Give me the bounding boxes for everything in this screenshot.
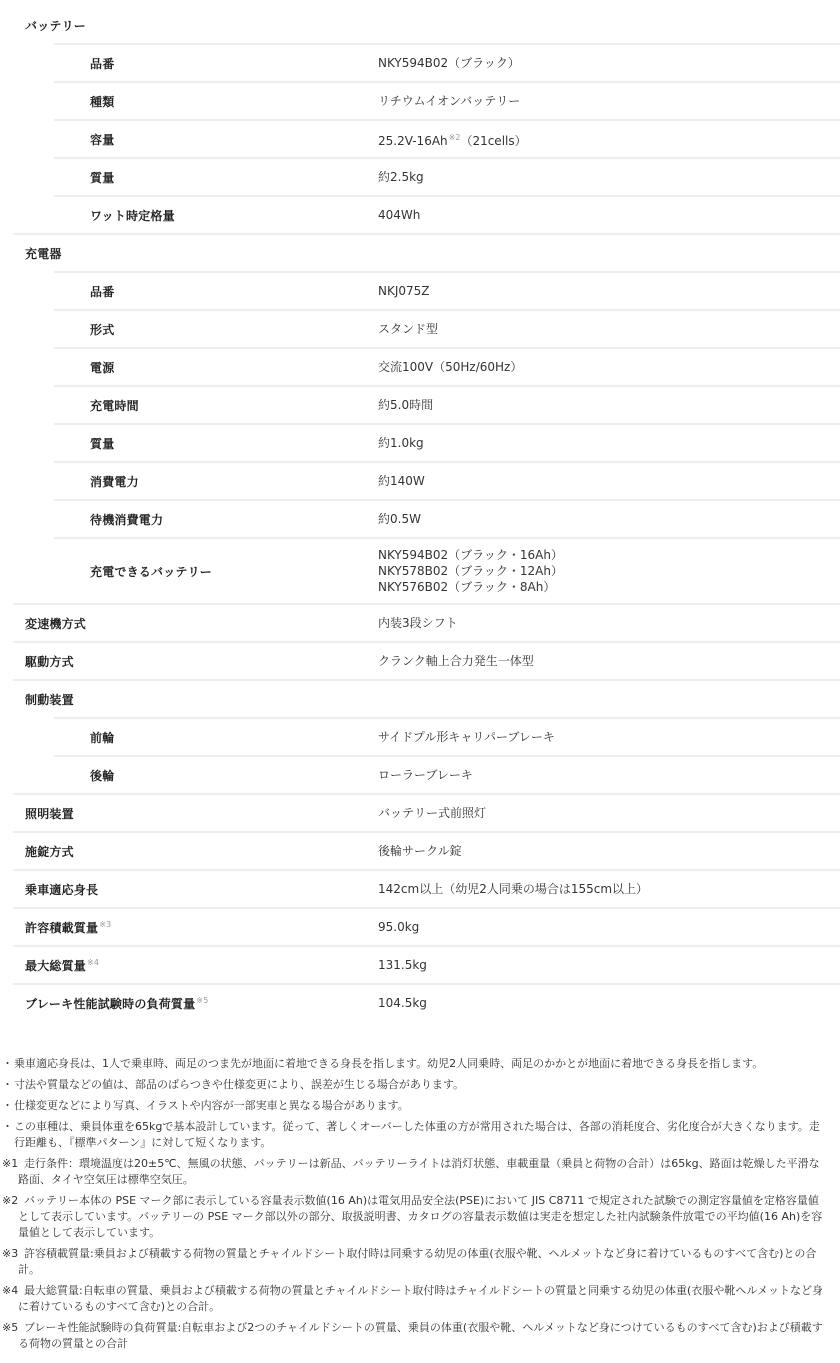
spec-row-charger-part-number: 品番 NKJ075Z [54,271,840,309]
spec-label: 電源 [54,359,378,376]
spec-label: 前輪 [54,729,378,746]
spec-label: 充電時間 [54,397,378,414]
note-bullet: ・ この車種は、乗員体重を65kgで基本設計しています。従って、著しくオーバーし… [0,1119,840,1151]
spec-label: 品番 [54,55,378,72]
spec-row-power-consumption: 消費電力 約140W [54,461,840,499]
bullet-mark: ・ [2,1119,13,1135]
bullet-mark: ・ [2,1098,13,1114]
spec-value: NKJ075Z [378,283,430,299]
footnote-mark: ※3 [2,1246,18,1262]
spec-label: バッテリー [13,17,378,34]
spec-row-transmission: 変速機方式 内装3段シフト [13,603,840,641]
spec-label: 容量 [54,131,378,148]
spec-label: 充電できるバッテリー [54,563,378,580]
spec-label: 許容積載質量※3 [13,919,378,936]
footnote-2: ※2 バッテリー本体の PSE マーク部に表示している容量表示数値(16 Ah)… [0,1193,840,1241]
spec-value: 約5.0時間 [378,397,433,413]
footnote-text: 最大総質量:自転車の質量、乗員および積載する荷物の質量とチャイルドシート取付時は… [18,1284,823,1313]
spec-row-charger-power-source: 電源 交流100V（50Hz/60Hz） [54,347,840,385]
spec-row-battery-part-number: 品番 NKY594B02（ブラック） [54,43,840,81]
footnote-1: ※1 走行条件：環境温度は20±5℃、無風の状態、バッテリーは新品、バッテリーラ… [0,1156,840,1188]
spec-label: ブレーキ性能試験時の負荷質量※5 [13,995,378,1012]
spec-value: NKY594B02（ブラック） [378,55,520,71]
footnote-ref: ※2 [449,133,461,142]
spec-row-battery-type: 種類 リチウムイオンバッテリー [54,81,840,119]
spec-row-rider-height: 乗車適応身長 142cm以上（幼児2人同乗の場合は155cm以上） [13,869,840,907]
spec-value: バッテリー式前照灯 [378,805,486,821]
spec-label: 駆動方式 [13,653,378,670]
footnote-mark: ※1 [2,1156,18,1172]
bullet-mark: ・ [2,1056,13,1072]
spec-label: 待機消費電力 [54,511,378,528]
spec-row-drive-system: 駆動方式 クランク軸上合力発生一体型 [13,641,840,679]
spec-label: 最大総質量※4 [13,957,378,974]
spec-label: 乗車適応身長 [13,881,378,898]
spec-row-charge-time: 充電時間 約5.0時間 [54,385,840,423]
note-bullet: ・ 仕様変更などにより写真、イラストや内容が一部実車と異なる場合があります。 [0,1098,840,1114]
spec-row-lock: 施錠方式 後輪サークル錠 [13,831,840,869]
spec-value: ローラーブレーキ [378,767,473,783]
spec-value: 約0.5W [378,511,421,527]
note-text: この車種は、乗員体重を65kgで基本設計しています。従って、著しくオーバーした体… [14,1120,820,1149]
note-text: 仕様変更などにより写真、イラストや内容が一部実車と異なる場合があります。 [14,1099,409,1112]
spec-row-rear-brake: 後輪 ローラーブレーキ [54,755,840,793]
spec-value: 約2.5kg [378,169,424,185]
note-text: 乗車適応身長は、1人で乗車時、両足のつま先が地面に着地できる身長を指します。幼児… [14,1057,763,1070]
spec-label: 品番 [54,283,378,300]
bullet-mark: ・ [2,1077,13,1093]
spec-value: クランク軸上合力発生一体型 [378,653,534,669]
spec-label: 制動装置 [13,691,378,708]
spec-label: 充電器 [13,245,378,262]
spec-value: 約1.0kg [378,435,424,451]
spec-value: サイドプル形キャリパーブレーキ [378,729,555,745]
spec-value: 131.5kg [378,957,427,973]
spec-label: 質量 [54,169,378,186]
compatible-battery: NKY594B02（ブラック・16Ah） [378,547,563,563]
spec-row-charger: 充電器 [13,233,840,271]
footnote-mark: ※4 [2,1283,18,1299]
spec-value-list: NKY594B02（ブラック・16Ah） NKY578B02（ブラック・12Ah… [378,547,563,595]
spec-row-max-total-weight: 最大総質量※4 131.5kg [13,945,840,983]
spec-value: 142cm以上（幼児2人同乗の場合は155cm以上） [378,881,648,897]
notes-section: ・ 乗車適応身長は、1人で乗車時、両足のつま先が地面に着地できる身長を指します。… [0,1056,840,1357]
spec-row-front-brake: 前輪 サイドプル形キャリパーブレーキ [54,717,840,755]
footnote-ref: ※4 [87,958,99,967]
spec-label: 後輪 [54,767,378,784]
footnote-3: ※3 許容積載質量:乗員および積載する荷物の質量とチャイルドシート取付時は同乗す… [0,1246,840,1278]
spec-value: 約140W [378,473,425,489]
spec-value: リチウムイオンバッテリー [378,93,520,109]
compatible-battery: NKY578B02（ブラック・12Ah） [378,563,563,579]
compatible-battery: NKY576B02（ブラック・8Ah） [378,579,563,595]
spec-row-battery-weight: 質量 約2.5kg [54,157,840,195]
spec-label: 形式 [54,321,378,338]
spec-label: 種類 [54,93,378,110]
note-bullet: ・ 乗車適応身長は、1人で乗車時、両足のつま先が地面に着地できる身長を指します。… [0,1056,840,1072]
spec-label: 変速機方式 [13,615,378,632]
spec-row-max-load: 許容積載質量※3 95.0kg [13,907,840,945]
spec-value: スタンド型 [378,321,438,337]
spec-row-compatible-batteries: 充電できるバッテリー NKY594B02（ブラック・16Ah） NKY578B0… [54,537,840,603]
label-text: 許容積載質量 [25,921,98,935]
spec-label: ワット時定格量 [54,207,378,224]
spec-label: 施錠方式 [13,843,378,860]
capacity-cells: （21cells） [460,134,526,148]
spec-value: 25.2V-16Ah※2（21cells） [378,130,527,149]
footnote-4: ※4 最大総質量:自転車の質量、乗員および積載する荷物の質量とチャイルドシート取… [0,1283,840,1315]
spec-value: 内装3段シフト [378,615,458,631]
footnote-5: ※5 ブレーキ性能試験時の負荷質量:自転車および2つのチャイルドシートの質量、乗… [0,1320,840,1352]
spec-label: 照明装置 [13,805,378,822]
spec-label: 質量 [54,435,378,452]
spec-row-standby-power: 待機消費電力 約0.5W [54,499,840,537]
note-text: 寸法や質量などの値は、部品のばらつきや仕様変更により、誤差が生じる場合があります… [14,1078,464,1091]
footnote-mark: ※5 [2,1320,18,1336]
footnote-mark: ※2 [2,1193,18,1209]
spec-row-lighting: 照明装置 バッテリー式前照灯 [13,793,840,831]
spec-row-battery: バッテリー [13,7,840,43]
spec-row-brakes: 制動装置 [13,679,840,717]
label-text: 最大総質量 [25,959,86,973]
spec-value: 後輪サークル錠 [378,843,462,859]
spec-row-battery-watt-hours: ワット時定格量 404Wh [54,195,840,233]
spec-row-charger-form: 形式 スタンド型 [54,309,840,347]
spec-value: 404Wh [378,207,420,223]
footnote-text: 許容積載質量:乗員および積載する荷物の質量とチャイルドシート取付時は同乗する幼児… [18,1247,816,1276]
spec-row-brake-test-load: ブレーキ性能試験時の負荷質量※5 104.5kg [13,983,840,1021]
spec-value: 95.0kg [378,919,419,935]
spec-row-battery-capacity: 容量 25.2V-16Ah※2（21cells） [54,119,840,157]
footnote-text: バッテリー本体の PSE マーク部に表示している容量表示数値(16 Ah)は電気… [18,1194,822,1239]
spec-value: 交流100V（50Hz/60Hz） [378,359,522,375]
footnote-ref: ※5 [196,996,208,1005]
spec-label: 消費電力 [54,473,378,490]
label-text: ブレーキ性能試験時の負荷質量 [25,997,195,1011]
note-bullet: ・ 寸法や質量などの値は、部品のばらつきや仕様変更により、誤差が生じる場合があり… [0,1077,840,1093]
spec-row-charger-weight: 質量 約1.0kg [54,423,840,461]
capacity-value: 25.2V-16Ah [378,134,448,148]
footnote-text: 走行条件：環境温度は20±5℃、無風の状態、バッテリーは新品、バッテリーライトは… [18,1157,820,1186]
spec-table: バッテリー 品番 NKY594B02（ブラック） 種類 リチウムイオンバッテリー… [0,0,840,1021]
footnote-ref: ※3 [99,920,111,929]
spec-value: 104.5kg [378,995,427,1011]
footnote-text: ブレーキ性能試験時の負荷質量:自転車および2つのチャイルドシートの質量、乗員の体… [18,1321,823,1350]
